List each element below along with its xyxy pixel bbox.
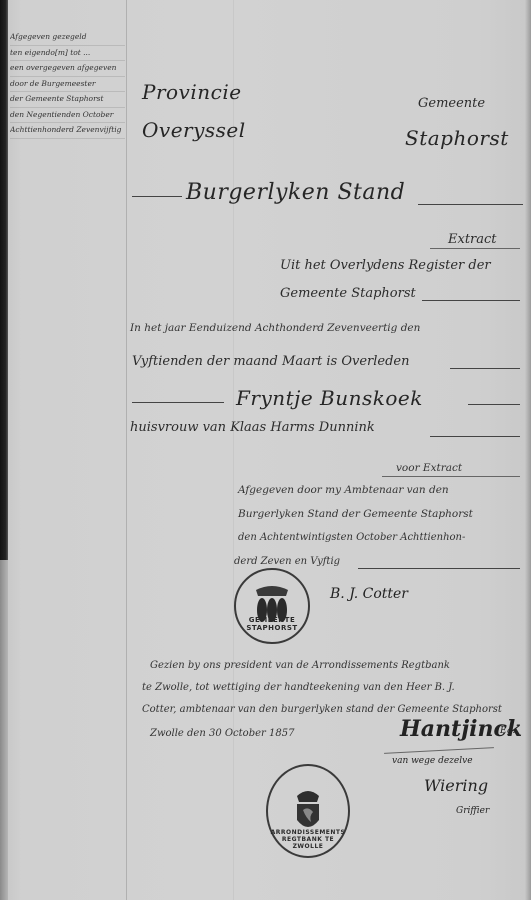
title-rule-right (418, 204, 523, 205)
voor-extract-label: voor Extract (396, 462, 462, 474)
body-line2: Vyftienden der maand Maart is Overleden (132, 354, 410, 369)
registrar-signature: B. J. Cotter (330, 586, 408, 602)
extract-label: Extract (448, 232, 497, 247)
binding-edge-lower (0, 560, 8, 900)
municipal-seal-text: GEMEENTE STAPHORST (236, 616, 308, 632)
body-rule (450, 368, 520, 369)
voor-extract-rule (382, 476, 520, 477)
legalization-line1: Gezien by ons president van de Arrondiss… (150, 660, 450, 671)
certification-line3: den Achtentwintigsten October Achttienho… (238, 532, 465, 543)
document-page: Afgegeven gezegeld ten eigendo[m] tot ..… (0, 0, 531, 900)
clerk-initials: Griffier (456, 806, 489, 816)
deceased-rule-left (132, 402, 224, 403)
spouse-line: huisvrouw van Klaas Harms Dunnink (130, 420, 375, 435)
margin-line: den Negentienden October (10, 108, 125, 124)
signature-underline (384, 747, 494, 754)
source-rule (422, 300, 520, 301)
legalization-line3: Cotter, ambtenaar van den burgerlyken st… (142, 704, 502, 715)
court-seal: ARRONDISSEMENTS REGTBANK TE ZWOLLE (266, 764, 350, 858)
municipality-value: Staphorst (405, 126, 509, 150)
president-signature-suffix: Eg. (500, 726, 515, 736)
register-source-line2: Gemeente Staphorst (280, 286, 416, 301)
legalization-line2: te Zwolle, tot wettiging der handteekeni… (142, 682, 455, 693)
deceased-name: Fryntje Bunskoek (236, 386, 423, 410)
province-value: Overyssel (142, 118, 246, 142)
margin-annotation: Afgegeven gezegeld ten eigendo[m] tot ..… (10, 30, 125, 139)
province-label: Provincie (142, 80, 242, 104)
margin-line: Achttienhonderd Zevenvijftig (10, 123, 125, 139)
body-line1: In het jaar Eenduizend Achthonderd Zeven… (130, 322, 420, 334)
page-right-edge (525, 0, 531, 900)
certification-line1: Afgegeven door my Ambtenaar van den (238, 484, 449, 496)
extract-rule (430, 248, 520, 249)
municipality-label: Gemeente (418, 96, 485, 111)
register-source-line1: Uit het Overlydens Register der (280, 258, 491, 273)
clerk-signature: Wiering (424, 776, 488, 795)
certification-line4: derd Zeven en Vyftig (234, 556, 340, 567)
certification-rule (358, 568, 520, 569)
title-rule-left (132, 196, 182, 197)
signature-sub-note: van wege dezelve (392, 756, 473, 766)
spouse-rule (430, 436, 520, 437)
legalization-place-date: Zwolle den 30 October 1857 (150, 728, 294, 739)
margin-line: ten eigendo[m] tot ... (10, 46, 125, 62)
margin-line: een overgegeven afgegeven (10, 61, 125, 77)
municipal-seal: GEMEENTE STAPHORST (234, 568, 310, 644)
margin-fold-line (126, 0, 127, 900)
certification-line2: Burgerlyken Stand der Gemeente Staphorst (238, 508, 473, 520)
document-title: Burgerlyken Stand (186, 180, 405, 205)
margin-line: door de Burgemeester (10, 77, 125, 93)
court-seal-text: ARRONDISSEMENTS REGTBANK TE ZWOLLE (268, 829, 348, 850)
margin-line: Afgegeven gezegeld (10, 30, 125, 46)
margin-line: der Gemeente Staphorst (10, 92, 125, 108)
deceased-rule-right (468, 404, 520, 405)
